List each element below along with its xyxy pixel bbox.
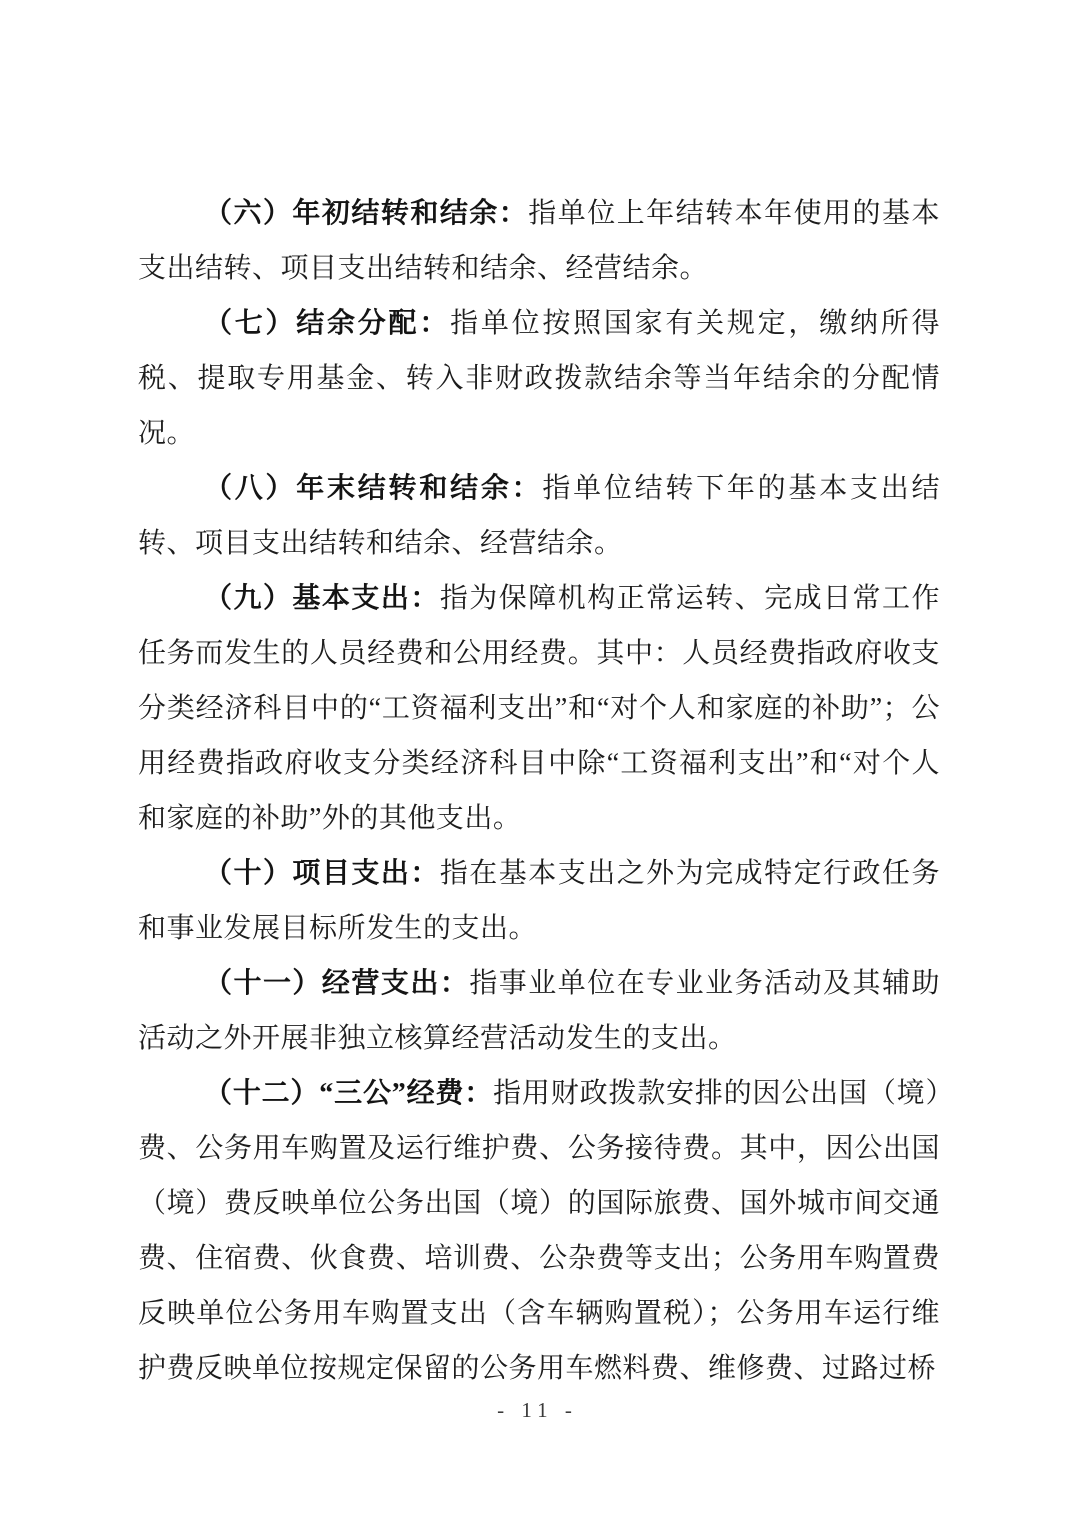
definition-paragraph: （十二）“三公”经费：指用财政拨款安排的因公出国（境）费、公务用车购置及运行维护… [138,1066,940,1396]
definition-paragraph: （六）年初结转和结余：指单位上年结转本年使用的基本支出结转、项目支出结转和结余、… [138,186,940,296]
definition-paragraph: （九）基本支出：指为保障机构正常运转、完成日常工作任务而发生的人员经费和公用经费… [138,571,940,846]
paragraph-term-label: （六）年初结转和结余： [204,198,528,229]
page-number: - 11 - [497,1398,578,1422]
definition-paragraph: （八）年末结转和结余：指单位结转下年的基本支出结转、项目支出结转和结余、经营结余… [138,461,940,571]
paragraph-term-label: （十）项目支出： [204,858,440,889]
paragraph-term-label: （十二）“三公”经费： [204,1078,493,1109]
paragraph-term-label: （八）年末结转和结余： [204,473,542,504]
paragraph-term-label: （九）基本支出： [204,583,440,614]
document-page: （六）年初结转和结余：指单位上年结转本年使用的基本支出结转、项目支出结转和结余、… [0,0,1075,1520]
page-footer: - 11 - [0,1398,1075,1423]
definition-paragraph: （七）结余分配：指单位按照国家有关规定，缴纳所得税、提取专用基金、转入非财政拨款… [138,296,940,461]
definition-paragraph: （十）项目支出：指在基本支出之外为完成特定行政任务和事业发展目标所发生的支出。 [138,846,940,956]
paragraph-term-label: （七）结余分配： [204,308,450,339]
paragraph-term-label: （十一）经营支出： [204,968,469,999]
document-body: （六）年初结转和结余：指单位上年结转本年使用的基本支出结转、项目支出结转和结余、… [138,186,940,1396]
paragraph-definition-text: 指用财政拨款安排的因公出国（境）费、公务用车购置及运行维护费、公务接待费。其中，… [138,1078,940,1384]
paragraph-definition-text: 指为保障机构正常运转、完成日常工作任务而发生的人员经费和公用经费。其中：人员经费… [138,583,940,834]
definition-paragraph: （十一）经营支出：指事业单位在专业业务活动及其辅助活动之外开展非独立核算经营活动… [138,956,940,1066]
